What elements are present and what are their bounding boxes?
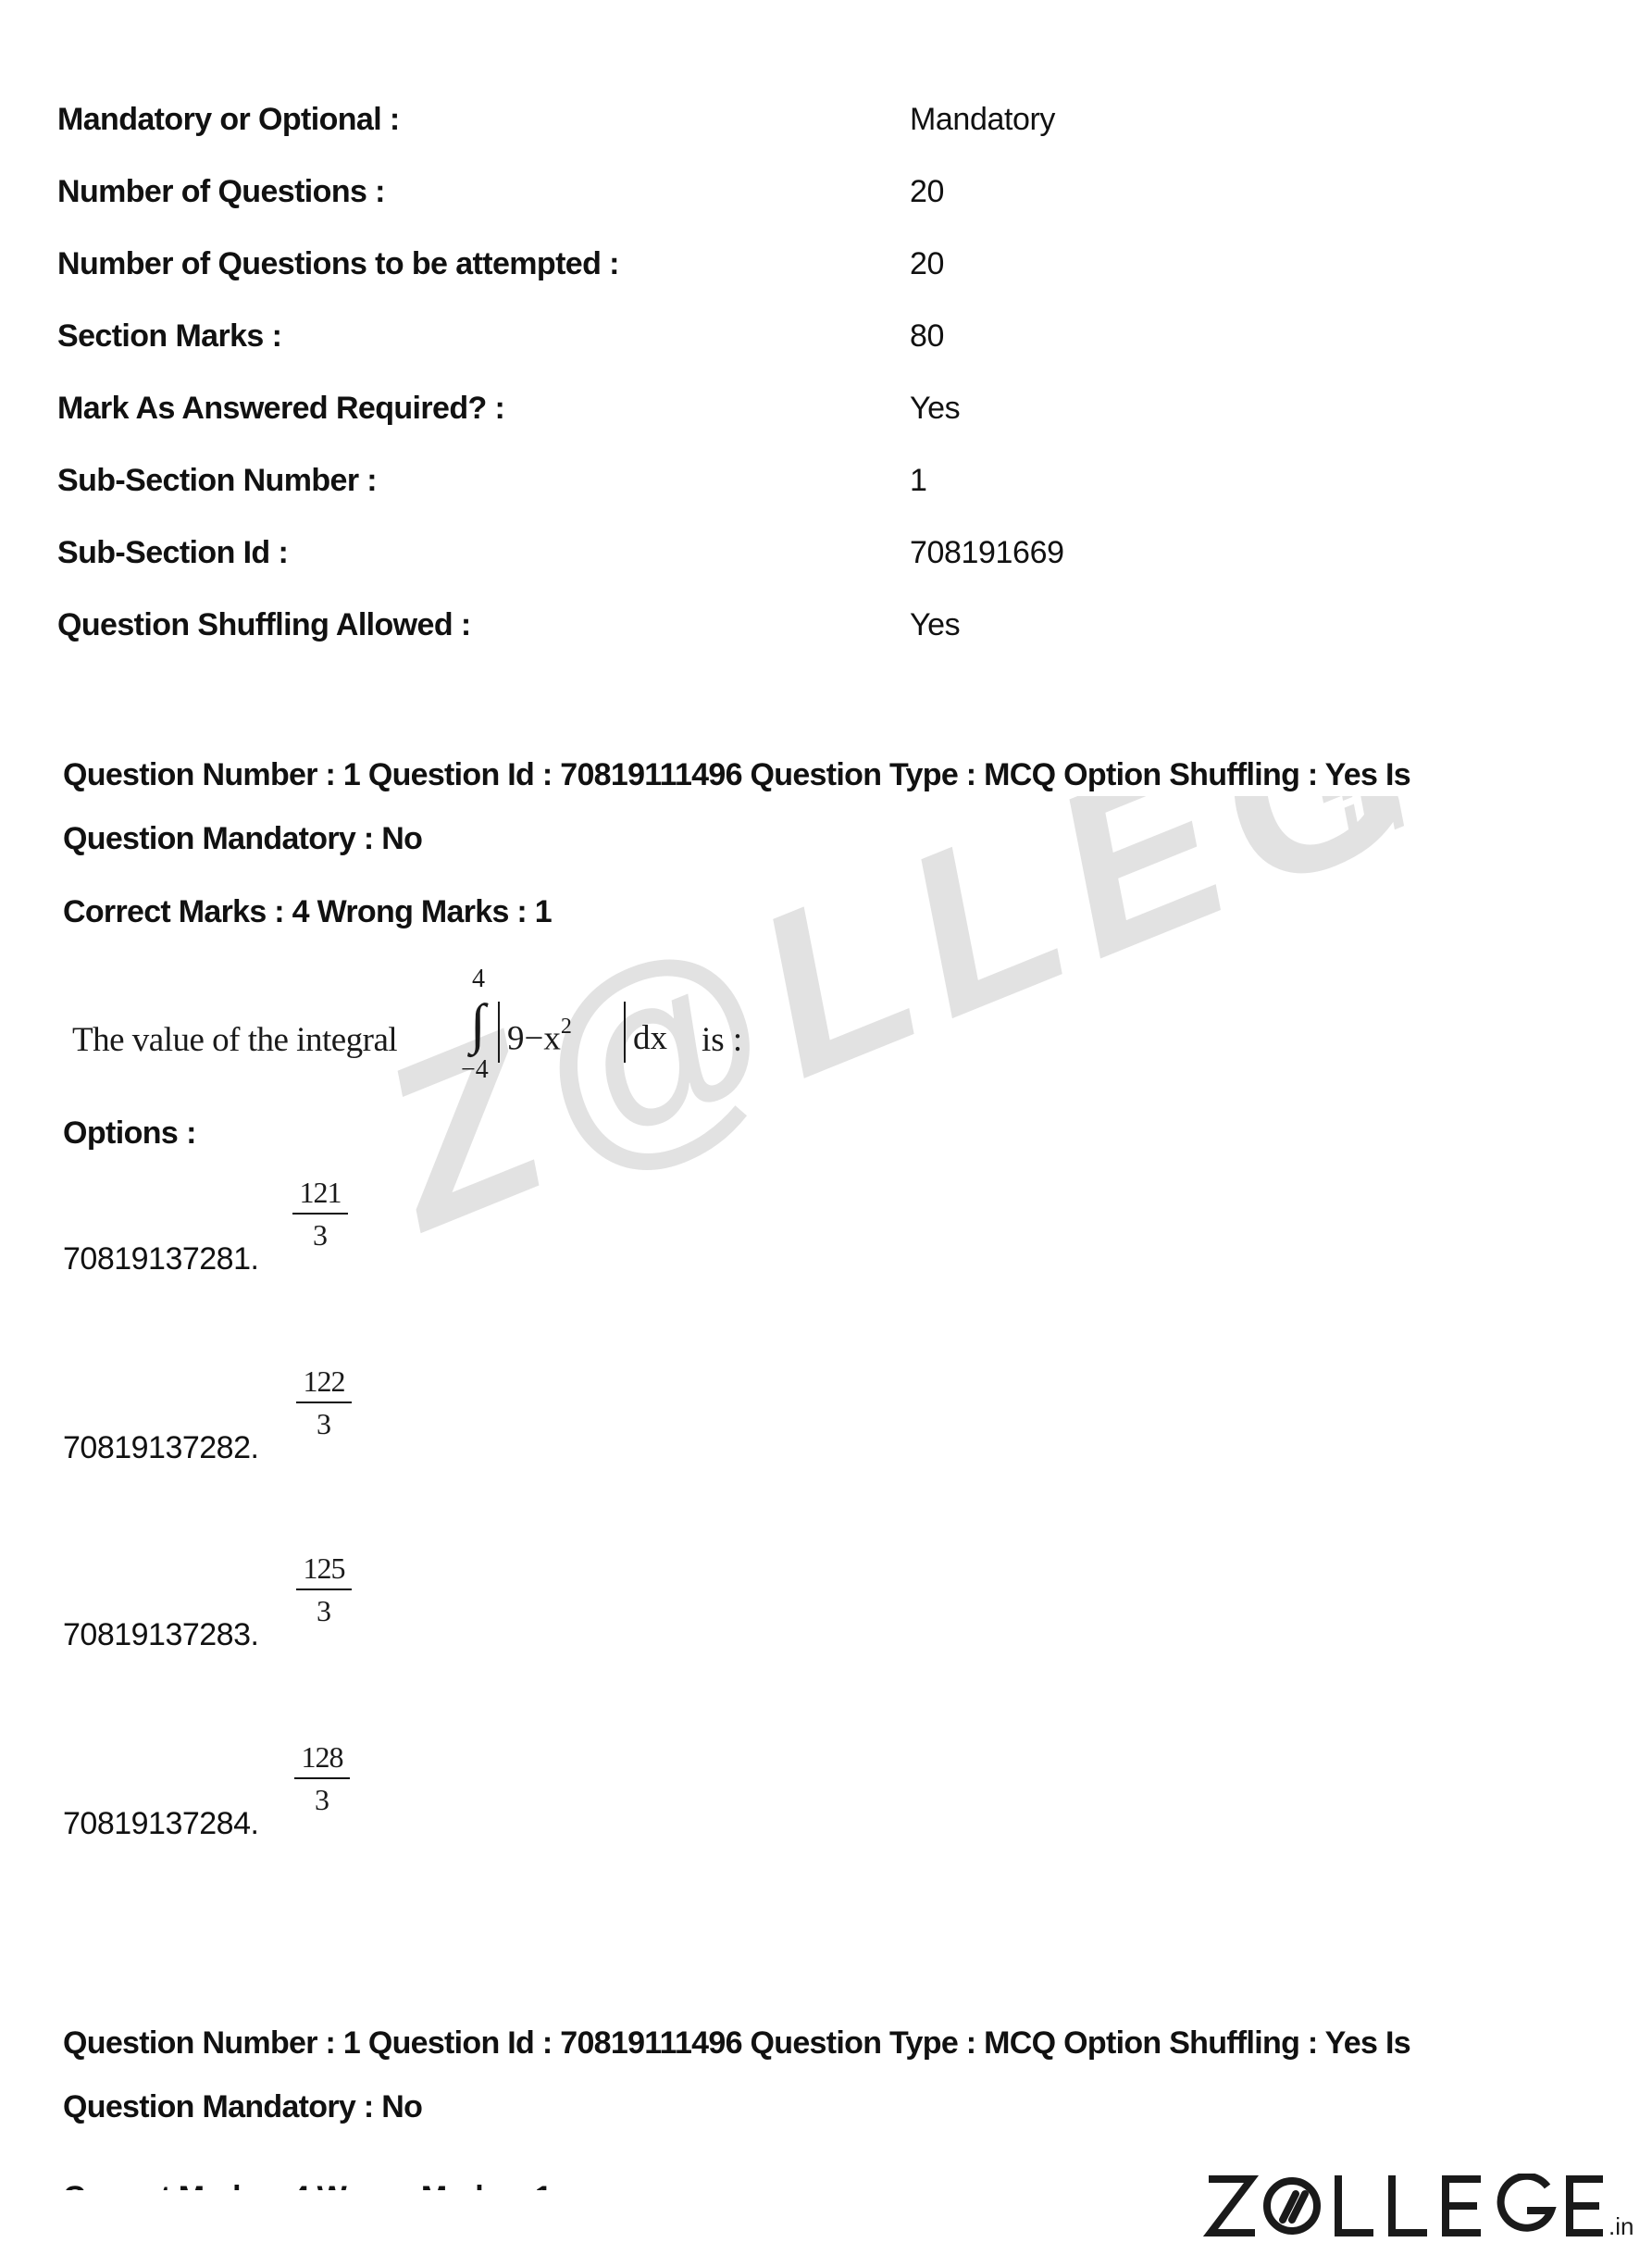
section-info-row: Mandatory or Optional : Mandatory <box>57 102 1446 143</box>
info-value: 80 <box>910 318 944 355</box>
info-label: Sub-Section Id : <box>57 535 288 571</box>
fraction-numerator: 125 <box>294 1551 354 1585</box>
option-id: 70819137284. <box>63 1806 258 1842</box>
option-id: 70819137281. <box>63 1241 258 1277</box>
next-question-marks-line-clipped: Correct Marks : 4 Wrong Marks : 1 <box>63 2177 1174 2190</box>
integrand: 9−x2 <box>507 1018 572 1058</box>
fraction-bar <box>296 1402 352 1403</box>
info-label: Mandatory or Optional : <box>57 102 400 138</box>
fraction-denominator: 3 <box>294 1409 354 1439</box>
zollege-logo-icon: .in <box>1203 2174 1638 2238</box>
option-fraction: 121 3 <box>291 1176 350 1250</box>
next-question-marks-text: Correct Marks : 4 Wrong Marks : 1 <box>63 2177 552 2190</box>
fraction-numerator: 128 <box>292 1740 352 1774</box>
fraction-bar <box>296 1588 352 1590</box>
info-label: Number of Questions : <box>57 174 385 210</box>
option-fraction: 125 3 <box>294 1551 354 1626</box>
section-info-row: Question Shuffling Allowed : Yes <box>57 607 1446 648</box>
info-value: Yes <box>910 607 960 643</box>
options-heading: Options : <box>63 1115 196 1152</box>
fraction-numerator: 122 <box>294 1364 354 1398</box>
document-page: Z@LLEGE .in Mandatory or Optional : Mand… <box>0 0 1652 2255</box>
fraction-denominator: 3 <box>291 1220 350 1250</box>
info-label: Number of Questions to be attempted : <box>57 246 619 282</box>
section-info-row: Number of Questions : 20 <box>57 174 1446 215</box>
integral-upper-limit: 4 <box>472 965 485 994</box>
absolute-bar-right <box>624 1002 626 1063</box>
fraction-denominator: 3 <box>294 1596 354 1626</box>
info-value: 20 <box>910 246 944 282</box>
option-fraction: 122 3 <box>294 1364 354 1439</box>
info-value: 1 <box>910 463 927 499</box>
info-value: Yes <box>910 391 960 427</box>
section-info-row: Section Marks : 80 <box>57 318 1446 359</box>
info-label: Question Shuffling Allowed : <box>57 607 471 643</box>
logo-suffix: .in <box>1609 2212 1633 2238</box>
section-info-row: Mark As Answered Required? : Yes <box>57 391 1446 431</box>
question-marks-line: Correct Marks : 4 Wrong Marks : 1 <box>63 894 552 930</box>
integral-sign-icon: ∫ <box>470 996 485 1052</box>
option-item[interactable]: 70819137283. 125 3 <box>63 1551 618 1653</box>
stem-text: The value of the integral <box>72 1020 397 1060</box>
fraction-bar <box>292 1213 348 1215</box>
stem-suffix: is : <box>702 1020 742 1060</box>
option-id: 70819137283. <box>63 1617 258 1653</box>
next-question-mandatory-line: Question Mandatory : No <box>63 2089 422 2125</box>
fraction-numerator: 121 <box>291 1176 350 1209</box>
absolute-bar-left <box>498 1002 500 1063</box>
question-mandatory-line: Question Mandatory : No <box>63 821 422 857</box>
option-fraction: 128 3 <box>292 1740 352 1814</box>
integrand-exponent: 2 <box>561 1015 572 1039</box>
info-label: Sub-Section Number : <box>57 463 377 499</box>
info-label: Section Marks : <box>57 318 281 355</box>
fraction-bar <box>294 1777 350 1779</box>
info-value: 708191669 <box>910 535 1064 571</box>
next-question-header-line: Question Number : 1 Question Id : 708191… <box>63 2025 1410 2062</box>
section-info-row: Number of Questions to be attempted : 20 <box>57 246 1446 287</box>
section-info-row: Sub-Section Number : 1 <box>57 463 1446 504</box>
info-label: Mark As Answered Required? : <box>57 391 504 427</box>
option-item[interactable]: 70819137282. 122 3 <box>63 1364 618 1466</box>
differential: dx <box>633 1018 667 1058</box>
integral-lower-limit: −4 <box>461 1055 489 1085</box>
section-info-row: Sub-Section Id : 708191669 <box>57 535 1446 576</box>
option-item[interactable]: 70819137281. 121 3 <box>63 1176 618 1277</box>
info-value: 20 <box>910 174 944 210</box>
fraction-denominator: 3 <box>292 1785 352 1814</box>
integrand-base: 9−x <box>507 1019 561 1057</box>
option-id: 70819137282. <box>63 1430 258 1466</box>
option-item[interactable]: 70819137284. 128 3 <box>63 1740 618 1842</box>
integral-expression: 4 ∫ −4 9−x2 dx is : <box>470 963 748 1111</box>
info-value: Mandatory <box>910 102 1055 138</box>
question-header-line: Question Number : 1 Question Id : 708191… <box>63 757 1410 793</box>
svg-text:.in: .in <box>1307 796 1407 869</box>
